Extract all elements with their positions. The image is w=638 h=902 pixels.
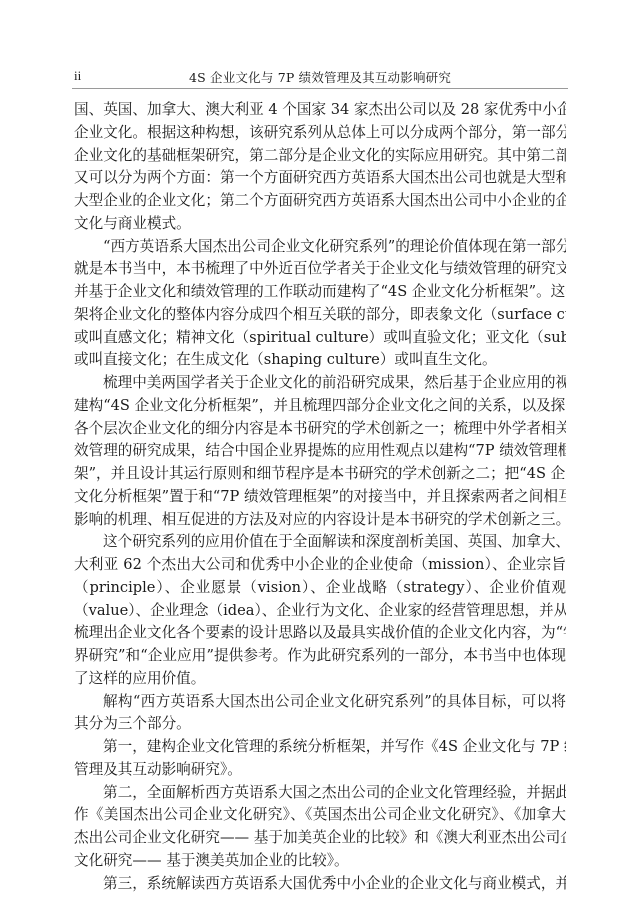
text-line: （value）、企业理念（idea）、企业行为文化、企业家的经营管理思想，并从中 xyxy=(74,600,566,623)
text-line: 杰出公司企业文化研究—— 基于加美英企业的比较》和《澳大利亚杰出公司企业 xyxy=(74,827,566,850)
paragraph-start: 第一，建构企业文化管理的系统分析框架，并写作《4S 企业文化与 7P 绩效 xyxy=(74,736,566,759)
text-line: 建构“4S 企业文化分析框架”，并且梳理四部分企业文化之间的关系，以及探究 xyxy=(74,395,566,418)
text-line: 作《美国杰出公司企业文化研究》、《英国杰出公司企业文化研究》、《加拿大 xyxy=(74,804,566,827)
text-line: 界研究”和“企业应用”提供参考。作为此研究系列的一部分，本书当中也体现 xyxy=(74,645,566,668)
text-line: 企业文化的基础框架研究，第二部分是企业文化的实际应用研究。其中第二部分 xyxy=(74,145,566,168)
text-line: 影响的机理、相互促进的方法及对应的内容设计是本书研究的学术创新之三。 xyxy=(74,509,566,532)
text-line: 或叫直接文化；在生成文化（shaping culture）或叫直生文化。 xyxy=(74,349,566,372)
header-rule xyxy=(72,88,568,89)
text-line: 效管理的研究成果，结合中国企业界提炼的应用性观点以建构“7P 绩效管理框 xyxy=(74,440,566,463)
running-header: ii 4S 企业文化与 7P 绩效管理及其互动影响研究 xyxy=(72,68,568,86)
paragraph-start: 这个研究系列的应用价值在于全面解读和深度剖析美国、英国、加拿大、澳 xyxy=(74,531,566,554)
text-line: 其分为三个部分。 xyxy=(74,713,566,736)
body-text: 国、英国、加拿大、澳大利亚 4 个国家 34 家杰出公司以及 28 家优秀中小企… xyxy=(74,99,566,895)
paragraph-start: 梳理中美两国学者关于企业文化的前沿研究成果，然后基于企业应用的视角 xyxy=(74,372,566,395)
text-line: 并基于企业文化和绩效管理的工作联动而建构了“4S 企业文化分析框架”。这个框 xyxy=(74,281,566,304)
text-line: 架”，并且设计其运行原则和细节程序是本书研究的学术创新之二；把“4S 企业 xyxy=(74,463,566,486)
text-line: 就是本书当中，本书梳理了中外近百位学者关于企业文化与绩效管理的研究文献， xyxy=(74,258,566,281)
text-line: 企业文化。根据这种构想，该研究系列从总体上可以分成两个部分，第一部分是 xyxy=(74,122,566,145)
text-line: （principle）、企业愿景（vision）、企业战略（strategy）、… xyxy=(74,577,566,600)
text-line: 文化与商业模式。 xyxy=(74,213,566,236)
text-line: 架将企业文化的整体内容分成四个相互关联的部分，即表象文化（surface cul… xyxy=(74,304,566,327)
text-line: 了这样的应用价值。 xyxy=(74,668,566,691)
running-title: 4S 企业文化与 7P 绩效管理及其互动影响研究 xyxy=(72,68,568,86)
text-line: 又可以分为两个方面：第一个方面研究西方英语系大国杰出公司也就是大型和超 xyxy=(74,167,566,190)
text-line: 文化分析框架”置于和“7P 绩效管理框架”的对接当中，并且探索两者之间相互 xyxy=(74,486,566,509)
paragraph-start: “西方英语系大国杰出公司企业文化研究系列”的理论价值体现在第一部分也 xyxy=(74,236,566,259)
text-line: 国、英国、加拿大、澳大利亚 4 个国家 34 家杰出公司以及 28 家优秀中小企… xyxy=(74,99,566,122)
document-page: ii 4S 企业文化与 7P 绩效管理及其互动影响研究 国、英国、加拿大、澳大利… xyxy=(0,0,638,902)
text-line: 文化研究—— 基于澳美英加企业的比较》。 xyxy=(74,850,566,873)
text-line: 各个层次企业文化的细分内容是本书研究的学术创新之一；梳理中外学者相关绩 xyxy=(74,418,566,441)
text-line: 大利亚 62 个杰出大公司和优秀中小企业的企业使命（mission）、企业宗旨 xyxy=(74,554,566,577)
text-line: 梳理出企业文化各个要素的设计思路以及最具实战价值的企业文化内容，为“学 xyxy=(74,622,566,645)
text-line: 管理及其互动影响研究》。 xyxy=(74,759,566,782)
paragraph-start: 第二，全面解析西方英语系大国之杰出公司的企业文化管理经验，并据此写 xyxy=(74,782,566,805)
paragraph-start: 解构“西方英语系大国杰出公司企业文化研究系列”的具体目标，可以将 xyxy=(74,691,566,714)
text-line: 大型企业的企业文化；第二个方面研究西方英语系大国杰出公司中小企业的企业 xyxy=(74,190,566,213)
text-line: 或叫直感文化；精神文化（spiritual culture）或叫直验文化；亚文化… xyxy=(74,327,566,350)
paragraph-start: 第三，系统解读西方英语系大国优秀中小企业的企业文化与商业模式，并写 xyxy=(74,873,566,896)
